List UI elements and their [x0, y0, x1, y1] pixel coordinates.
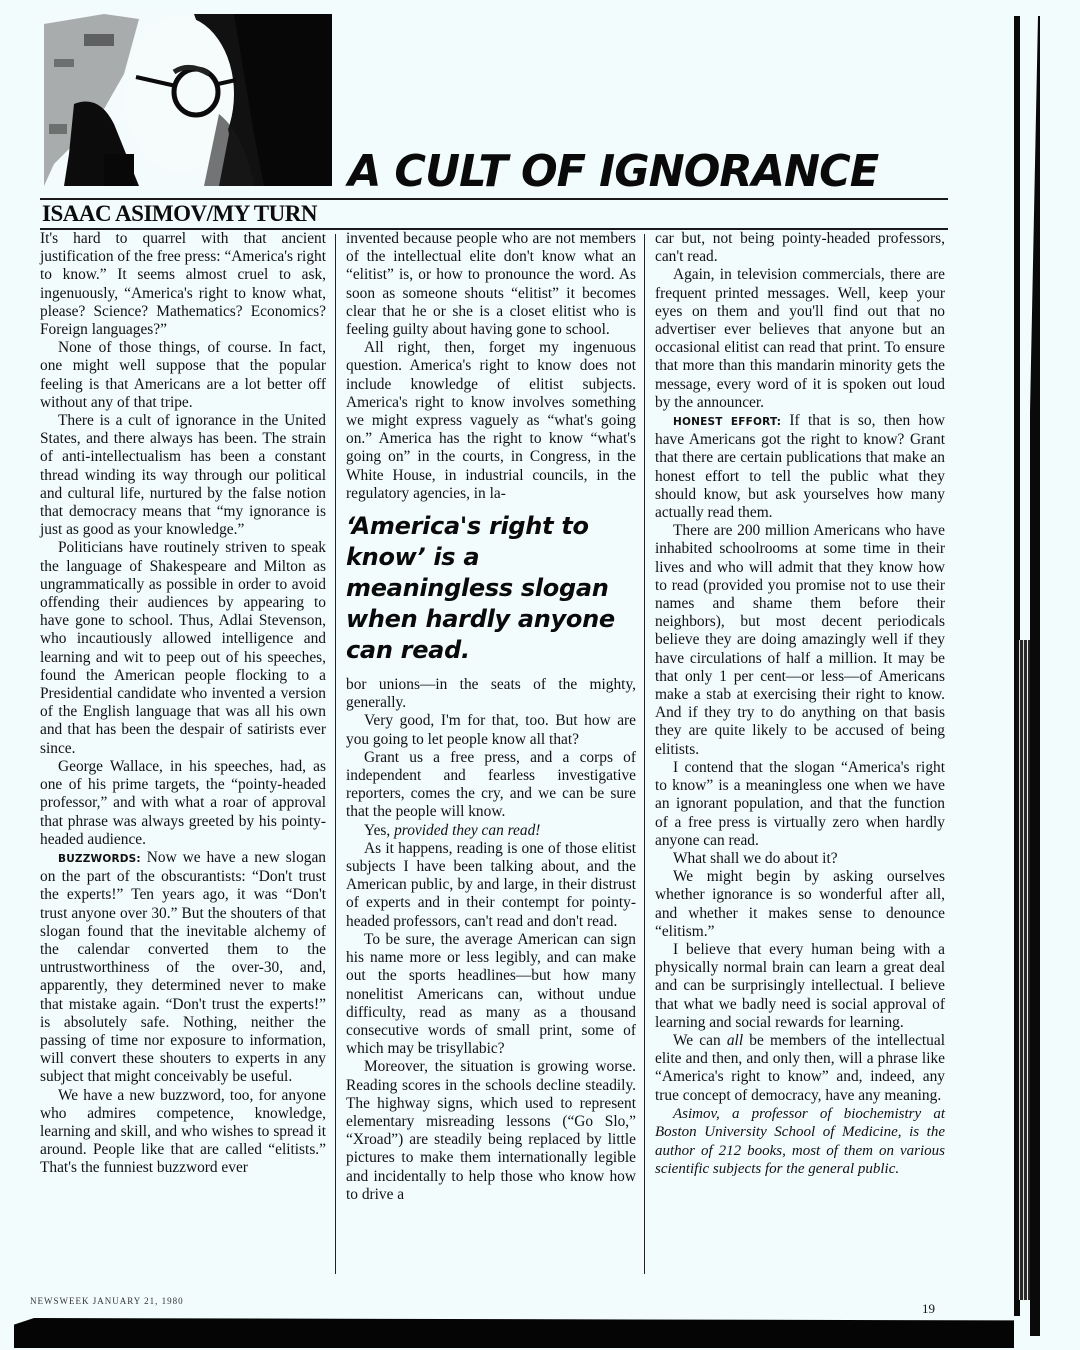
paragraph: We can all be members of the intellectua… — [655, 1032, 945, 1105]
author-bio: Asimov, a professor of biochemistry at B… — [655, 1105, 945, 1179]
magazine-page: A CULT OF IGNORANCE ISAAC ASIMOV/MY TURN… — [0, 0, 1080, 1350]
paragraph: There is a cult of ignorance in the Unit… — [40, 412, 326, 539]
article-column-1: It's hard to quarrel with that ancient j… — [40, 230, 326, 1178]
section-runin-heading: HONEST EFFORT: — [673, 416, 781, 428]
pull-quote: ‘America's right to know’ is a meaningle… — [346, 511, 636, 666]
emphasis-text: provided they can read! — [394, 822, 540, 839]
paragraph: To be sure, the average American can sig… — [346, 931, 636, 1058]
paragraph: There are 200 million Americans who have… — [655, 522, 945, 759]
column-divider — [644, 234, 645, 1274]
paragraph: None of those things, of course. In fact… — [40, 339, 326, 412]
paragraph: Again, in television commercials, there … — [655, 266, 945, 412]
paragraph: We might begin by asking ourselves wheth… — [655, 868, 945, 941]
paragraph-text: We can — [673, 1032, 727, 1049]
paragraph: HONEST EFFORT: If that is so, then how h… — [655, 412, 945, 522]
article-title: A CULT OF IGNORANCE — [348, 148, 878, 196]
publication-footer: NEWSWEEK JANUARY 21, 1980 — [30, 1296, 184, 1306]
author-photo — [44, 14, 332, 186]
section-runin-heading: BUZZWORDS: — [58, 853, 141, 865]
paragraph: All right, then, forget my ingenuous que… — [346, 339, 636, 503]
paragraph: We have a new buzzword, too, for anyone … — [40, 1087, 326, 1178]
paragraph: George Wallace, in his speeches, had, as… — [40, 758, 326, 849]
byline: ISAAC ASIMOV/MY TURN — [42, 200, 317, 228]
paragraph: Moreover, the situation is growing worse… — [346, 1058, 636, 1204]
article-column-3: car but, not being pointy-headed profess… — [655, 230, 945, 1179]
paragraph: As it happens, reading is one of those e… — [346, 840, 636, 931]
emphasis-text: all — [727, 1032, 743, 1049]
scan-edge-right-outer — [1030, 16, 1040, 1336]
scan-edge-bottom — [14, 1318, 1014, 1348]
paragraph-text: If that is so, then how have Americans g… — [655, 412, 945, 521]
paragraph: invented because people who are not memb… — [346, 230, 636, 339]
paragraph-text: Now we have a new slogan on the part of … — [40, 849, 326, 1085]
paragraph: BUZZWORDS: Now we have a new slogan on t… — [40, 849, 326, 1087]
paragraph: bor unions—in the seats of the mighty, g… — [346, 676, 636, 712]
paragraph: car but, not being pointy-headed profess… — [655, 230, 945, 266]
paragraph: Grant us a free press, and a corps of in… — [346, 749, 636, 822]
paragraph: Yes, provided they can read! — [346, 822, 636, 840]
article-column-2: invented because people who are not memb… — [346, 230, 636, 1204]
column-divider — [335, 234, 336, 1274]
page-number: 19 — [922, 1301, 935, 1317]
paragraph: What shall we do about it? — [655, 850, 945, 868]
paragraph-text: Yes, — [364, 822, 394, 839]
paragraph: Very good, I'm for that, too. But how ar… — [346, 712, 636, 748]
paragraph: I believe that every human being with a … — [655, 941, 945, 1032]
paragraph: It's hard to quarrel with that ancient j… — [40, 230, 326, 339]
paragraph: I contend that the slogan “America's rig… — [655, 759, 945, 850]
paragraph: Politicians have routinely striven to sp… — [40, 539, 326, 757]
portrait-image-icon — [44, 14, 332, 186]
